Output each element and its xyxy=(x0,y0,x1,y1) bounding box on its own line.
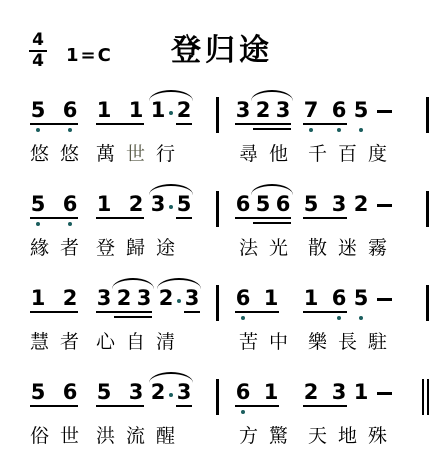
barline-thick xyxy=(426,191,429,227)
barline-thin xyxy=(422,379,424,415)
lyric-char: 駐 xyxy=(368,332,387,353)
lyrics-row: 悠悠萬世行尋他千百度 xyxy=(0,144,445,165)
lyric-char: 度 xyxy=(368,144,387,165)
beam-group: 12 xyxy=(30,288,78,313)
beam-group: 53 xyxy=(96,382,144,407)
note: 6 xyxy=(331,288,347,309)
lyric-char: 萬 xyxy=(96,144,115,165)
lyrics-row: 緣者登歸途法光散迷霧 xyxy=(0,238,445,259)
note-digit: 7 xyxy=(303,100,319,121)
single-note: 5 xyxy=(353,100,369,125)
lyric-chunk: 心自清 xyxy=(96,332,175,353)
lyric-char: 百 xyxy=(338,144,357,165)
note: 7 xyxy=(303,100,319,121)
note-digit: 2 xyxy=(116,288,132,309)
note: 1 xyxy=(96,194,112,215)
note: 5 xyxy=(255,194,271,215)
measure-second: 323765 xyxy=(219,100,426,125)
note: 6 xyxy=(235,288,251,309)
note: 1 xyxy=(303,288,319,309)
measure-second: 656532 xyxy=(219,194,426,219)
beamed-note: 3 xyxy=(176,382,192,407)
note: 6 xyxy=(275,194,291,215)
lyric-char: 者 xyxy=(60,332,79,353)
lyric-char: 尋 xyxy=(239,144,258,165)
note: 6 xyxy=(331,100,347,121)
note-digit: 5 xyxy=(30,382,46,403)
notation-row: 561235656532 xyxy=(0,184,445,230)
note-digit: 1 xyxy=(353,382,369,403)
lyric-char: 自 xyxy=(126,332,145,353)
note-digit: 6 xyxy=(235,382,251,403)
note-digit: 1 xyxy=(96,100,112,121)
note: 6 xyxy=(62,100,78,121)
lyric-char: 行 xyxy=(156,144,175,165)
lyric-chunk: 緣者 xyxy=(30,238,79,259)
measure-first: 565323 xyxy=(30,382,216,407)
note-digit: 5 xyxy=(255,194,271,215)
score-header: 4 4 1=C 登归途 xyxy=(0,0,445,90)
score-title: 登归途 xyxy=(171,25,273,69)
note: 3 xyxy=(96,288,112,309)
duration-dash xyxy=(377,110,392,113)
notation-row: 123232361165 xyxy=(0,278,445,324)
note-digit: 1 xyxy=(30,288,46,309)
beam-group: 23 xyxy=(303,382,347,407)
octave-dot-low xyxy=(241,316,245,320)
lyric-char: 迷 xyxy=(338,238,357,259)
lyric-chunk: 法光 xyxy=(239,238,288,259)
note-digit: 6 xyxy=(275,194,291,215)
note: 1 xyxy=(128,100,144,121)
lyric-char: 慧 xyxy=(30,332,49,353)
duration-dash xyxy=(377,298,392,301)
lyric-char: 者 xyxy=(60,238,79,259)
note-digit: 2 xyxy=(150,382,166,403)
lyric-char: 歸 xyxy=(126,238,145,259)
beam-group: 76 xyxy=(303,100,347,125)
lyric-char: 悠 xyxy=(60,144,79,165)
beam-group: 61 xyxy=(235,288,279,313)
note-digit: 1 xyxy=(128,100,144,121)
dotted-note-tie-group: 35 xyxy=(150,194,192,219)
lyric-char: 醒 xyxy=(156,426,175,447)
note: 3 xyxy=(184,288,200,309)
note-digit: 3 xyxy=(96,288,112,309)
lyric-chunk: 方驚 xyxy=(239,426,288,447)
beat-slot: 323 xyxy=(235,100,291,125)
measure-second: 61165 xyxy=(219,288,426,313)
lyric-char: 心 xyxy=(96,332,115,353)
lyric-char: 散 xyxy=(308,238,327,259)
lyric-chunk: 洪流醒 xyxy=(96,426,175,447)
score-line: 561112323765悠悠萬世行尋他千百度 xyxy=(0,90,445,184)
beamed-note: 5 xyxy=(176,194,192,219)
note-digit: 2 xyxy=(303,382,319,403)
lyric-char: 千 xyxy=(308,144,327,165)
lyric-char: 流 xyxy=(126,426,145,447)
note-digit: 6 xyxy=(331,100,347,121)
lyrics-row: 俗世洪流醒方驚天地殊 xyxy=(0,426,445,447)
note: 3 xyxy=(136,288,152,309)
note: 5 xyxy=(303,194,319,215)
octave-dot-low xyxy=(337,316,341,320)
note-digit: 5 xyxy=(30,100,46,121)
final-double-barline xyxy=(422,379,429,415)
note: 3 xyxy=(331,194,347,215)
note-digit: 1 xyxy=(150,100,166,121)
note-digit: 2 xyxy=(255,100,271,121)
lyric-char: 法 xyxy=(239,238,258,259)
lyric-char: 光 xyxy=(269,238,288,259)
lyrics-row: 慧者心自清苦中樂長駐 xyxy=(0,332,445,353)
lyric-chunk: 尋他 xyxy=(239,144,288,165)
end-barline xyxy=(426,97,429,133)
notation-row: 561112323765 xyxy=(0,90,445,136)
note-digit: 3 xyxy=(128,382,144,403)
note: 2 xyxy=(255,100,271,121)
note-digit: 2 xyxy=(353,194,369,215)
lyric-char: 地 xyxy=(338,426,357,447)
beam-group: 61 xyxy=(235,382,279,407)
measure-first: 1232323 xyxy=(30,288,216,313)
note: 1 xyxy=(96,100,112,121)
note-digit: 5 xyxy=(96,382,112,403)
note-digit: 5 xyxy=(30,194,46,215)
note: 2 xyxy=(128,194,144,215)
barline-thick xyxy=(426,285,429,321)
measure-first: 561112 xyxy=(30,100,216,125)
meter-denominator: 4 xyxy=(28,53,48,70)
sixteenth-beam xyxy=(253,222,291,224)
note: 3 xyxy=(275,100,291,121)
score-line: 56532361231俗世洪流醒方驚天地殊 xyxy=(0,372,445,466)
beamed-note: 3 xyxy=(184,288,200,313)
beam-group: 11 xyxy=(96,100,144,125)
beam-group: 56 xyxy=(30,194,78,219)
note: 2 xyxy=(150,382,166,403)
lyric-char: 清 xyxy=(156,332,175,353)
beam-group: 56 xyxy=(30,100,78,125)
lyric-chunk: 樂長駐 xyxy=(308,332,387,353)
note-digit: 5 xyxy=(176,194,192,215)
note-digit: 3 xyxy=(136,288,152,309)
barline-thin xyxy=(427,379,429,415)
note: 3 xyxy=(331,382,347,403)
lyric-char: 洪 xyxy=(96,426,115,447)
lyric-chunk: 登歸途 xyxy=(96,238,175,259)
score-body: 561112323765悠悠萬世行尋他千百度561235656532緣者登歸途法… xyxy=(0,90,445,466)
lyric-char: 俗 xyxy=(30,426,49,447)
lyric-char: 中 xyxy=(269,332,288,353)
note-digit: 1 xyxy=(303,288,319,309)
note-digit: 5 xyxy=(303,194,319,215)
octave-dot-low xyxy=(241,410,245,414)
key-signature: 1=C xyxy=(66,45,113,66)
note: 3 xyxy=(150,194,166,215)
augmentation-dot xyxy=(169,205,173,209)
note-digit: 3 xyxy=(331,194,347,215)
note: 3 xyxy=(235,100,251,121)
beamed-note: 2 xyxy=(176,100,192,125)
lyric-char: 他 xyxy=(269,144,288,165)
beam-group: 12 xyxy=(96,194,144,219)
note: 1 xyxy=(30,288,46,309)
augmentation-dot xyxy=(169,393,173,397)
lyric-char: 殊 xyxy=(368,426,387,447)
note-digit: 3 xyxy=(184,288,200,309)
octave-dot-low xyxy=(359,316,363,320)
octave-dot-low xyxy=(68,128,72,132)
note-digit: 1 xyxy=(263,288,279,309)
note-digit: 2 xyxy=(158,288,174,309)
note-digit: 2 xyxy=(62,288,78,309)
beat-slot: 61 xyxy=(235,382,291,407)
single-note: 5 xyxy=(353,288,369,313)
note: 2 xyxy=(62,288,78,309)
note: 6 xyxy=(235,382,251,403)
beam-group: 16 xyxy=(303,288,347,313)
lyric-chunk: 慧者 xyxy=(30,332,79,353)
lyric-chunk: 悠悠 xyxy=(30,144,79,165)
dotted-note-tie-group: 12 xyxy=(150,100,192,125)
duration-dash xyxy=(377,392,392,395)
note-digit: 6 xyxy=(62,100,78,121)
lyric-char: 長 xyxy=(338,332,357,353)
barline-thick xyxy=(426,97,429,133)
note-digit: 6 xyxy=(235,194,251,215)
note: 5 xyxy=(30,382,46,403)
beat-slot: 656 xyxy=(235,194,291,219)
note-digit: 2 xyxy=(128,194,144,215)
note: 2 xyxy=(176,100,192,121)
note-digit: 6 xyxy=(331,288,347,309)
octave-dot-low xyxy=(36,128,40,132)
lyric-char: 天 xyxy=(308,426,327,447)
beat-slot: 61 xyxy=(235,288,291,313)
note: 3 xyxy=(128,382,144,403)
note-digit: 3 xyxy=(275,100,291,121)
dotted-note-tie-group: 23 xyxy=(158,288,200,313)
dotted-note-tie-group: 23 xyxy=(150,382,192,407)
note-digit: 3 xyxy=(235,100,251,121)
sixteenth-beam xyxy=(114,316,152,318)
lyric-chunk: 苦中 xyxy=(239,332,288,353)
note: 5 xyxy=(96,382,112,403)
beam-group: 53 xyxy=(303,194,347,219)
measure-second: 61231 xyxy=(219,382,422,407)
note: 5 xyxy=(176,194,192,215)
note-digit: 6 xyxy=(235,288,251,309)
note-digit: 1 xyxy=(263,382,279,403)
lyric-char: 驚 xyxy=(269,426,288,447)
note-digit: 5 xyxy=(353,100,369,121)
lyric-char: 世 xyxy=(126,144,145,165)
lyric-char: 苦 xyxy=(239,332,258,353)
sixteenth-beam xyxy=(253,128,291,130)
lyric-char: 霧 xyxy=(368,238,387,259)
octave-dot-low xyxy=(36,222,40,226)
lyric-chunk: 萬世行 xyxy=(96,144,175,165)
music-sheet: 4 4 1=C 登归途 561112323765悠悠萬世行尋他千百度561235… xyxy=(0,0,445,469)
note: 3 xyxy=(176,382,192,403)
end-barline xyxy=(426,191,429,227)
note: 2 xyxy=(303,382,319,403)
note-digit: 2 xyxy=(176,100,192,121)
note: 5 xyxy=(30,100,46,121)
octave-dot-low xyxy=(309,128,313,132)
octave-dot-low xyxy=(68,222,72,226)
lyric-char: 緣 xyxy=(30,238,49,259)
note-digit: 1 xyxy=(96,194,112,215)
note: 2 xyxy=(158,288,174,309)
note-digit: 3 xyxy=(176,382,192,403)
octave-dot-low xyxy=(337,128,341,132)
measure-first: 561235 xyxy=(30,194,216,219)
lyric-char: 悠 xyxy=(30,144,49,165)
lyric-chunk: 千百度 xyxy=(308,144,387,165)
lyric-char: 世 xyxy=(60,426,79,447)
score-line: 561235656532緣者登歸途法光散迷霧 xyxy=(0,184,445,278)
note: 2 xyxy=(353,194,369,215)
lyric-char: 方 xyxy=(239,426,258,447)
note: 1 xyxy=(263,382,279,403)
beam-group-subdivided: 656 xyxy=(235,194,291,219)
beam-group: 56 xyxy=(30,382,78,407)
lyric-char: 途 xyxy=(156,238,175,259)
meter-numerator: 4 xyxy=(28,32,48,49)
note: 5 xyxy=(353,288,369,309)
lyric-chunk: 散迷霧 xyxy=(308,238,387,259)
lyric-chunk: 天地殊 xyxy=(308,426,387,447)
lyric-chunk: 俗世 xyxy=(30,426,79,447)
notation-row: 56532361231 xyxy=(0,372,445,418)
duration-dash xyxy=(377,204,392,207)
note-digit: 5 xyxy=(353,288,369,309)
note-digit: 6 xyxy=(62,194,78,215)
note: 6 xyxy=(62,194,78,215)
single-note: 1 xyxy=(353,382,369,407)
note-digit: 3 xyxy=(331,382,347,403)
time-signature: 4 4 xyxy=(28,32,48,70)
note: 1 xyxy=(150,100,166,121)
augmentation-dot xyxy=(169,111,173,115)
octave-dot-low xyxy=(359,128,363,132)
end-barline xyxy=(426,285,429,321)
lyric-char: 登 xyxy=(96,238,115,259)
beam-group-subdivided: 323 xyxy=(96,288,152,313)
note: 6 xyxy=(235,194,251,215)
note: 2 xyxy=(116,288,132,309)
note: 6 xyxy=(62,382,78,403)
score-line: 123232361165慧者心自清苦中樂長駐 xyxy=(0,278,445,372)
note: 1 xyxy=(263,288,279,309)
note: 5 xyxy=(30,194,46,215)
note: 1 xyxy=(353,382,369,403)
single-note: 2 xyxy=(353,194,369,219)
augmentation-dot xyxy=(177,299,181,303)
note: 5 xyxy=(353,100,369,121)
lyric-char: 樂 xyxy=(308,332,327,353)
note-digit: 3 xyxy=(150,194,166,215)
beam-group-subdivided: 323 xyxy=(235,100,291,125)
note-digit: 6 xyxy=(62,382,78,403)
